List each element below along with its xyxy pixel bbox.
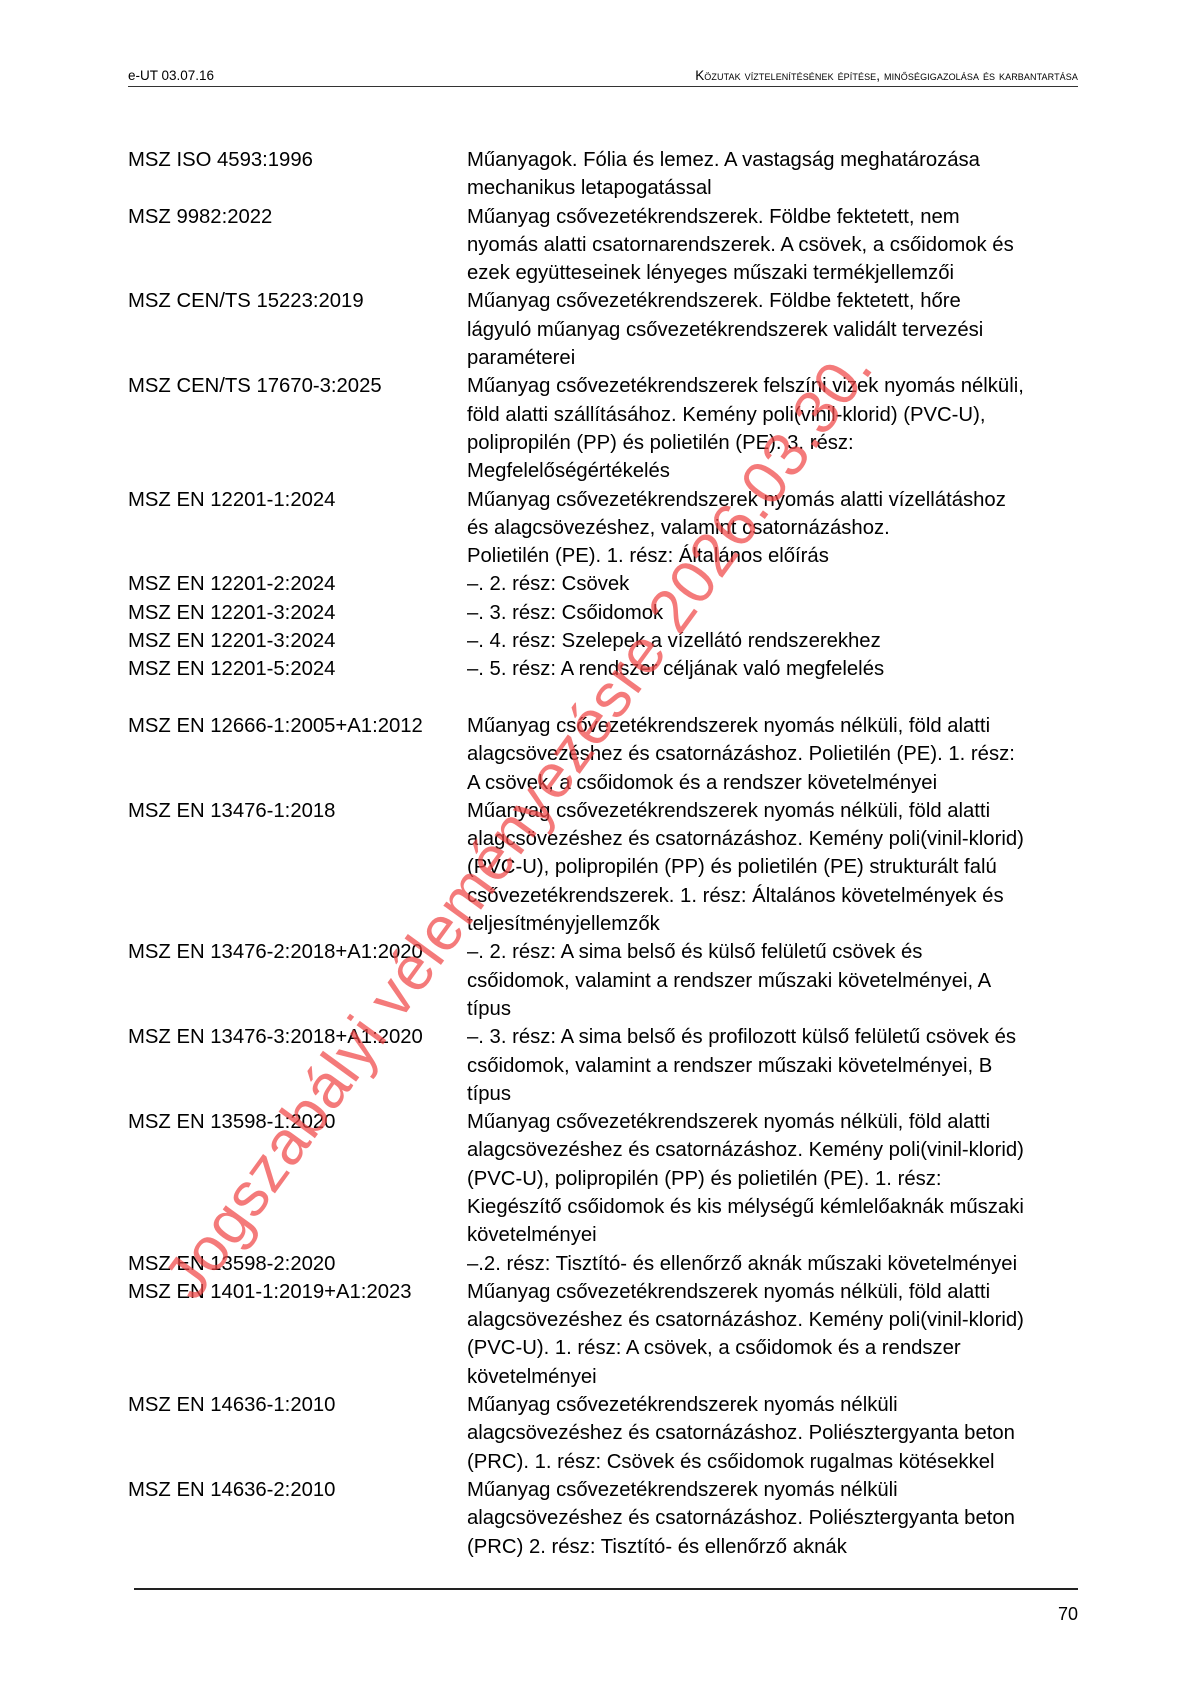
standard-description: –. 3. rész: A sima belső és profilozott … bbox=[467, 1023, 1077, 1108]
standard-code: MSZ ISO 4593:1996 bbox=[128, 146, 467, 203]
footer-divider bbox=[134, 1588, 1078, 1590]
description-line: –. 3. rész: Csőidomok bbox=[467, 599, 1077, 627]
standard-code: MSZ EN 1401-1:2019+A1:2023 bbox=[128, 1278, 467, 1391]
description-line: Műanyag csővezetékrendszerek nyomás nélk… bbox=[467, 1278, 1077, 1306]
standard-description: –. 2. rész: Csövek bbox=[467, 570, 1077, 598]
header-divider bbox=[128, 86, 1078, 87]
description-line: követelményei bbox=[467, 1221, 1077, 1249]
page-number: 70 bbox=[1058, 1604, 1078, 1625]
description-line: –. 2. rész: A sima belső és külső felüle… bbox=[467, 938, 1077, 966]
standard-row: MSZ EN 12666-1:2005+A1:2012Műanyag csőve… bbox=[128, 712, 1078, 797]
standard-row: MSZ EN 12201-3:2024–. 3. rész: Csőidomok bbox=[128, 599, 1078, 627]
description-line: alagcsövezéshez és csatornázáshoz. Polié… bbox=[467, 1504, 1077, 1532]
description-line: Műanyag csővezetékrendszerek nyomás nélk… bbox=[467, 1108, 1077, 1136]
standard-code: MSZ EN 12201-3:2024 bbox=[128, 599, 467, 627]
description-line: (PVC-U), polipropilén (PP) és polietilén… bbox=[467, 853, 1077, 881]
description-line: –. 2. rész: Csövek bbox=[467, 570, 1077, 598]
standard-description: Műanyagok. Fólia és lemez. A vastagság m… bbox=[467, 146, 1077, 203]
standard-code: MSZ 9982:2022 bbox=[128, 203, 467, 288]
standard-description: –. 4. rész: Szelepek a vízellátó rendsze… bbox=[467, 627, 1077, 655]
description-line: paraméterei bbox=[467, 344, 1077, 372]
standard-code: MSZ EN 13598-2:2020 bbox=[128, 1250, 467, 1278]
standard-code: MSZ EN 13476-1:2018 bbox=[128, 797, 467, 938]
standard-row: MSZ CEN/TS 15223:2019Műanyag csővezetékr… bbox=[128, 287, 1078, 372]
description-line: teljesítményjellemzők bbox=[467, 910, 1077, 938]
standard-description: Műanyag csővezetékrendszerek nyomás nélk… bbox=[467, 1108, 1077, 1249]
standard-code: MSZ EN 12201-5:2024 bbox=[128, 655, 467, 683]
standard-description: –. 2. rész: A sima belső és külső felüle… bbox=[467, 938, 1077, 1023]
description-line: (PVC-U). 1. rész: A csövek, a csőidomok … bbox=[467, 1334, 1077, 1362]
description-line: A csövek, a csőidomok és a rendszer köve… bbox=[467, 769, 1077, 797]
description-line: föld alatti szállításához. Kemény poli(v… bbox=[467, 401, 1077, 429]
description-line: alagcsövezéshez és csatornázáshoz. Kemén… bbox=[467, 1136, 1077, 1164]
standard-code: MSZ EN 13598-1:2020 bbox=[128, 1108, 467, 1249]
standard-row: MSZ EN 13476-1:2018Műanyag csővezetékren… bbox=[128, 797, 1078, 938]
description-line: Műanyag csővezetékrendszerek felszíni vi… bbox=[467, 372, 1077, 400]
description-line: Polietilén (PE). 1. rész: Általános előí… bbox=[467, 542, 1077, 570]
standard-row: MSZ EN 12201-3:2024–. 4. rész: Szelepek … bbox=[128, 627, 1078, 655]
standard-row: MSZ EN 13598-2:2020–.2. rész: Tisztító- … bbox=[128, 1250, 1078, 1278]
description-line: –. 5. rész: A rendszer céljának való meg… bbox=[467, 655, 1077, 683]
description-line: Műanyag csővezetékrendszerek nyomás nélk… bbox=[467, 1391, 1077, 1419]
standard-code: MSZ EN 13476-2:2018+A1:2020 bbox=[128, 938, 467, 1023]
standard-row: MSZ EN 12201-2:2024–. 2. rész: Csövek bbox=[128, 570, 1078, 598]
description-line: (PVC-U), polipropilén (PP) és polietilén… bbox=[467, 1165, 1077, 1193]
description-line: alagcsövezéshez és csatornázáshoz. Polie… bbox=[467, 740, 1077, 768]
description-line: Műanyagok. Fólia és lemez. A vastagság m… bbox=[467, 146, 1077, 174]
standard-row: MSZ EN 13598-1:2020Műanyag csővezetékren… bbox=[128, 1108, 1078, 1249]
document-title: Közutak víztelenítésének építése, minősé… bbox=[695, 68, 1078, 83]
standard-code: MSZ CEN/TS 17670-3:2025 bbox=[128, 372, 467, 485]
description-line: és alagcsövezéshez, valamint csatornázás… bbox=[467, 514, 1077, 542]
description-line: alagcsövezéshez és csatornázáshoz. Kemén… bbox=[467, 1306, 1077, 1334]
description-line: Megfelelőségértékelés bbox=[467, 457, 1077, 485]
description-line: –. 3. rész: A sima belső és profilozott … bbox=[467, 1023, 1077, 1051]
description-line: Műanyag csővezetékrendszerek nyomás nélk… bbox=[467, 797, 1077, 825]
standard-description: Műanyag csővezetékrendszerek. Földbe fek… bbox=[467, 203, 1077, 288]
standard-code: MSZ CEN/TS 15223:2019 bbox=[128, 287, 467, 372]
standard-description: –. 5. rész: A rendszer céljának való meg… bbox=[467, 655, 1077, 683]
standard-row: MSZ EN 1401-1:2019+A1:2023Műanyag csővez… bbox=[128, 1278, 1078, 1391]
description-line: nyomás alatti csatornarendszerek. A csöv… bbox=[467, 231, 1077, 259]
description-line: Műanyag csővezetékrendszerek nyomás nélk… bbox=[467, 712, 1077, 740]
description-line: alagcsövezéshez és csatornázáshoz. Polié… bbox=[467, 1419, 1077, 1447]
standard-description: Műanyag csővezetékrendszerek nyomás nélk… bbox=[467, 797, 1077, 938]
description-line: típus bbox=[467, 1080, 1077, 1108]
standard-row: MSZ EN 13476-3:2018+A1:2020–. 3. rész: A… bbox=[128, 1023, 1078, 1108]
description-line: (PRC). 1. rész: Csövek és csőidomok ruga… bbox=[467, 1448, 1077, 1476]
description-line: Műanyag csővezetékrendszerek nyomás alat… bbox=[467, 486, 1077, 514]
description-line: Műanyag csővezetékrendszerek nyomás nélk… bbox=[467, 1476, 1077, 1504]
standard-row: MSZ EN 14636-1:2010Műanyag csővezetékren… bbox=[128, 1391, 1078, 1476]
description-line: polipropilén (PP) és polietilén (PE). 3.… bbox=[467, 429, 1077, 457]
description-line: lágyuló műanyag csővezetékrendszerek val… bbox=[467, 316, 1077, 344]
standard-row: MSZ EN 12201-5:2024–. 5. rész: A rendsze… bbox=[128, 655, 1078, 683]
standard-code: MSZ EN 12201-3:2024 bbox=[128, 627, 467, 655]
description-line: ezek együtteseinek lényeges műszaki term… bbox=[467, 259, 1077, 287]
standard-description: Műanyag csővezetékrendszerek nyomás alat… bbox=[467, 486, 1077, 571]
standard-code: MSZ EN 12201-2:2024 bbox=[128, 570, 467, 598]
standard-row: MSZ 9982:2022Műanyag csővezetékrendszere… bbox=[128, 203, 1078, 288]
standard-row: MSZ EN 12201-1:2024Műanyag csővezetékren… bbox=[128, 486, 1078, 571]
standard-description: Műanyag csővezetékrendszerek felszíni vi… bbox=[467, 372, 1077, 485]
page-header: e-UT 03.07.16 Közutak víztelenítésének é… bbox=[128, 68, 1078, 86]
standard-row: MSZ EN 14636-2:2010Műanyag csővezetékren… bbox=[128, 1476, 1078, 1561]
standard-code: MSZ EN 14636-1:2010 bbox=[128, 1391, 467, 1476]
standard-row: MSZ CEN/TS 17670-3:2025Műanyag csővezeté… bbox=[128, 372, 1078, 485]
description-line: Műanyag csővezetékrendszerek. Földbe fek… bbox=[467, 287, 1077, 315]
description-line: mechanikus letapogatással bbox=[467, 174, 1077, 202]
standard-description: Műanyag csővezetékrendszerek nyomás nélk… bbox=[467, 1476, 1077, 1561]
description-line: Kiegészítő csőidomok és kis mélységű kém… bbox=[467, 1193, 1077, 1221]
standard-code: MSZ EN 12666-1:2005+A1:2012 bbox=[128, 712, 467, 797]
description-line: követelményei bbox=[467, 1363, 1077, 1391]
standard-row: MSZ ISO 4593:1996Műanyagok. Fólia és lem… bbox=[128, 146, 1078, 203]
description-line: típus bbox=[467, 995, 1077, 1023]
standard-description: Műanyag csővezetékrendszerek nyomás nélk… bbox=[467, 1278, 1077, 1391]
description-line: (PRC) 2. rész: Tisztító- és ellenőrző ak… bbox=[467, 1533, 1077, 1561]
description-line: csőidomok, valamint a rendszer műszaki k… bbox=[467, 967, 1077, 995]
standard-description: –.2. rész: Tisztító- és ellenőrző aknák … bbox=[467, 1250, 1077, 1278]
description-line: –.2. rész: Tisztító- és ellenőrző aknák … bbox=[467, 1250, 1077, 1278]
description-line: csővezetékrendszerek. 1. rész: Általános… bbox=[467, 882, 1077, 910]
standard-code: MSZ EN 14636-2:2010 bbox=[128, 1476, 467, 1561]
standard-code: MSZ EN 12201-1:2024 bbox=[128, 486, 467, 571]
standard-description: –. 3. rész: Csőidomok bbox=[467, 599, 1077, 627]
document-id: e-UT 03.07.16 bbox=[128, 68, 214, 83]
description-line: csőidomok, valamint a rendszer műszaki k… bbox=[467, 1052, 1077, 1080]
standard-description: Műanyag csővezetékrendszerek nyomás nélk… bbox=[467, 712, 1077, 797]
description-line: alagcsövezéshez és csatornázáshoz. Kemén… bbox=[467, 825, 1077, 853]
standards-list: MSZ ISO 4593:1996Műanyagok. Fólia és lem… bbox=[128, 146, 1078, 1561]
standard-code: MSZ EN 13476-3:2018+A1:2020 bbox=[128, 1023, 467, 1108]
standard-description: Műanyag csővezetékrendszerek. Földbe fek… bbox=[467, 287, 1077, 372]
description-line: Műanyag csővezetékrendszerek. Földbe fek… bbox=[467, 203, 1077, 231]
standard-row: MSZ EN 13476-2:2018+A1:2020–. 2. rész: A… bbox=[128, 938, 1078, 1023]
standard-description: Műanyag csővezetékrendszerek nyomás nélk… bbox=[467, 1391, 1077, 1476]
description-line: –. 4. rész: Szelepek a vízellátó rendsze… bbox=[467, 627, 1077, 655]
